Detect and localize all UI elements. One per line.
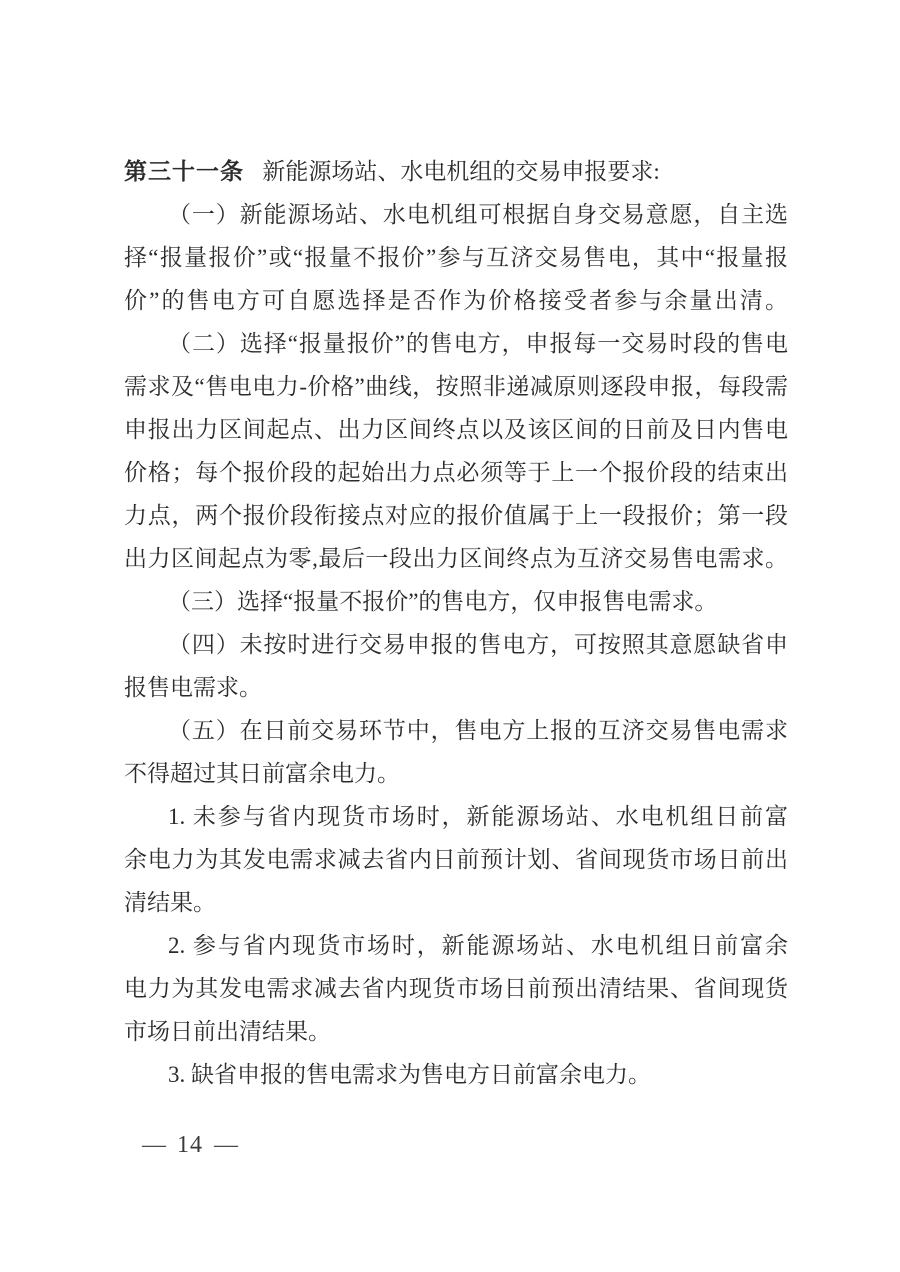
paragraph: 3. 缺省申报的售电需求为售电方日前富余电力。 xyxy=(124,1053,788,1096)
text-line: 不得超过其日前富余电力。 xyxy=(124,752,788,795)
text-line: （五）在日前交易环节中，售电方上报的互济交易售电需求 xyxy=(124,709,788,752)
paragraph: 2. 参与省内现货市场时，新能源场站、水电机组日前富余电力为其发电需求减去省内现… xyxy=(124,924,788,1053)
text-line: 价”的售电方可自愿选择是否作为价格接受者参与余量出清。 xyxy=(124,279,788,322)
text-line: 1. 未参与省内现货市场时，新能源场站、水电机组日前富 xyxy=(124,795,788,838)
article-title: 新能源场站、水电机组的交易申报要求: xyxy=(262,159,659,184)
text-line: 力点，两个报价段衔接点对应的报价值属于上一段报价；第一段 xyxy=(124,494,788,537)
text-line: 择“报量报价”或“报量不报价”参与互济交易售电，其中“报量报 xyxy=(124,236,788,279)
text-line: 报售电需求。 xyxy=(124,666,788,709)
paragraph: （五）在日前交易环节中，售电方上报的互济交易售电需求不得超过其日前富余电力。 xyxy=(124,709,788,795)
paragraph: （三）选择“报量不报价”的售电方，仅申报售电需求。 xyxy=(124,580,788,623)
text-line: 需求及“售电电力-价格”曲线，按照非递减原则逐段申报，每段需 xyxy=(124,365,788,408)
page-number: 14 xyxy=(177,1132,203,1158)
text-line: 出力区间起点为零,最后一段出力区间终点为互济交易售电需求。 xyxy=(124,537,788,580)
text-line: 余电力为其发电需求减去省内日前预计划、省间现货市场日前出 xyxy=(124,838,788,881)
article-body: 第三十一条新能源场站、水电机组的交易申报要求: （一）新能源场站、水电机组可根据… xyxy=(124,150,788,1096)
page-footer: —14— xyxy=(142,1130,238,1160)
text-line: （二）选择“报量报价”的售电方，申报每一交易时段的售电 xyxy=(124,322,788,365)
paragraph: （二）选择“报量报价”的售电方，申报每一交易时段的售电需求及“售电电力-价格”曲… xyxy=(124,322,788,580)
text-line: 电力为其发电需求减去省内现货市场日前预出清结果、省间现货 xyxy=(124,967,788,1010)
article-heading: 第三十一条新能源场站、水电机组的交易申报要求: xyxy=(124,150,788,193)
text-line: 2. 参与省内现货市场时，新能源场站、水电机组日前富余 xyxy=(124,924,788,967)
document-page: 第三十一条新能源场站、水电机组的交易申报要求: （一）新能源场站、水电机组可根据… xyxy=(0,0,900,1272)
footer-dash-left: — xyxy=(142,1132,166,1158)
paragraph: （一）新能源场站、水电机组可根据自身交易意愿，自主选择“报量报价”或“报量不报价… xyxy=(124,193,788,322)
text-line: （一）新能源场站、水电机组可根据自身交易意愿，自主选 xyxy=(124,193,788,236)
article-number: 第三十一条 xyxy=(124,159,244,184)
footer-dash-right: — xyxy=(214,1132,238,1158)
text-line: （四）未按时进行交易申报的售电方，可按照其意愿缺省申 xyxy=(124,623,788,666)
text-line: 3. 缺省申报的售电需求为售电方日前富余电力。 xyxy=(124,1053,788,1096)
text-line: 市场日前出清结果。 xyxy=(124,1010,788,1053)
text-line: 申报出力区间起点、出力区间终点以及该区间的日前及日内售电 xyxy=(124,408,788,451)
paragraph: 1. 未参与省内现货市场时，新能源场站、水电机组日前富余电力为其发电需求减去省内… xyxy=(124,795,788,924)
text-line: （三）选择“报量不报价”的售电方，仅申报售电需求。 xyxy=(124,580,788,623)
text-line: 清结果。 xyxy=(124,881,788,924)
text-line: 价格；每个报价段的起始出力点必须等于上一个报价段的结束出 xyxy=(124,451,788,494)
article-paragraphs: （一）新能源场站、水电机组可根据自身交易意愿，自主选择“报量报价”或“报量不报价… xyxy=(124,193,788,1096)
paragraph: （四）未按时进行交易申报的售电方，可按照其意愿缺省申报售电需求。 xyxy=(124,623,788,709)
